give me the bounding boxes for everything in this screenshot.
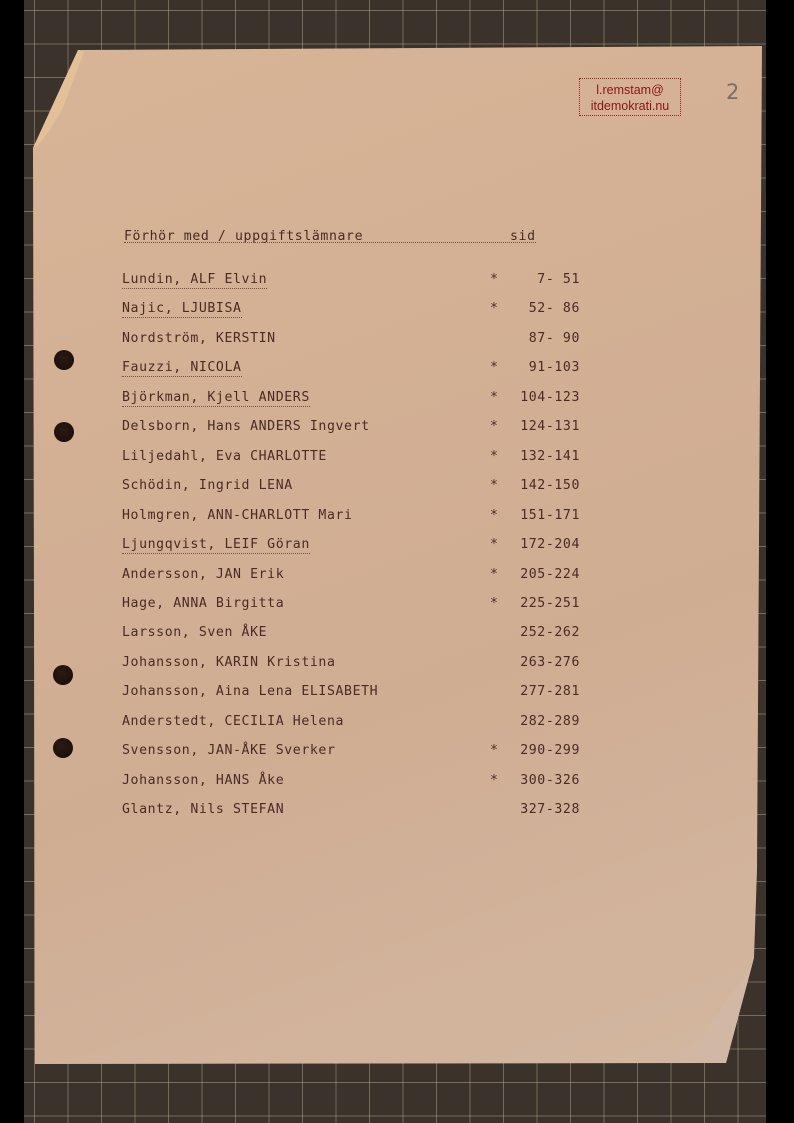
page-range: 225-251 bbox=[500, 596, 580, 611]
list-item: Najic, LJUBISA*52- 86 bbox=[0, 301, 794, 321]
asterisk-marker: * bbox=[490, 449, 499, 464]
page-range: 300-326 bbox=[500, 773, 580, 788]
asterisk-marker: * bbox=[490, 272, 499, 287]
asterisk-marker: * bbox=[490, 478, 499, 493]
person-name: Ljungqvist, LEIF Göran bbox=[122, 537, 310, 554]
page-range: 205-224 bbox=[500, 567, 580, 582]
person-name: Björkman, Kjell ANDERS bbox=[122, 390, 310, 407]
person-name: Delsborn, Hans ANDERS Ingvert bbox=[122, 419, 370, 434]
list-item: Johansson, Aina Lena ELISABETH277-281 bbox=[0, 684, 794, 704]
asterisk-marker: * bbox=[490, 360, 499, 375]
asterisk-marker: * bbox=[490, 596, 499, 611]
list-item: Liljedahl, Eva CHARLOTTE*132-141 bbox=[0, 449, 794, 469]
page-range: 91-103 bbox=[500, 360, 580, 375]
watermark-stamp: l.remstam@ itdemokrati.nu bbox=[579, 78, 681, 116]
page-range: 142-150 bbox=[500, 478, 580, 493]
person-name: Najic, LJUBISA bbox=[122, 301, 242, 318]
person-name: Svensson, JAN-ÅKE Sverker bbox=[122, 743, 336, 758]
asterisk-marker: * bbox=[490, 773, 499, 788]
person-name: Lundin, ALF Elvin bbox=[122, 272, 267, 289]
person-name: Fauzzi, NICOLA bbox=[122, 360, 242, 377]
asterisk-marker: * bbox=[490, 743, 499, 758]
list-item: Delsborn, Hans ANDERS Ingvert*124-131 bbox=[0, 419, 794, 439]
person-name: Liljedahl, Eva CHARLOTTE bbox=[122, 449, 327, 464]
person-name: Anderstedt, CECILIA Helena bbox=[122, 714, 344, 729]
list-item: Andersson, JAN Erik*205-224 bbox=[0, 567, 794, 587]
list-item: Lundin, ALF Elvin* 7- 51 bbox=[0, 272, 794, 292]
person-name: Andersson, JAN Erik bbox=[122, 567, 284, 582]
list-item: Schödin, Ingrid LENA*142-150 bbox=[0, 478, 794, 498]
list-item: Holmgren, ANN-CHARLOTT Mari*151-171 bbox=[0, 508, 794, 528]
person-name: Holmgren, ANN-CHARLOTT Mari bbox=[122, 508, 353, 523]
list-item: Larsson, Sven ÅKE252-262 bbox=[0, 625, 794, 645]
list-item: Nordström, KERSTIN87- 90 bbox=[0, 331, 794, 351]
page-range: 132-141 bbox=[500, 449, 580, 464]
page-range: 263-276 bbox=[500, 655, 580, 670]
asterisk-marker: * bbox=[490, 567, 499, 582]
stamp-line-2: itdemokrati.nu bbox=[580, 98, 680, 114]
page-range: 104-123 bbox=[500, 390, 580, 405]
asterisk-marker: * bbox=[490, 419, 499, 434]
pages-column-heading: sid bbox=[510, 229, 536, 244]
person-name: Larsson, Sven ÅKE bbox=[122, 625, 267, 640]
asterisk-marker: * bbox=[490, 508, 499, 523]
list-item: Svensson, JAN-ÅKE Sverker*290-299 bbox=[0, 743, 794, 763]
list-item: Glantz, Nils STEFAN327-328 bbox=[0, 802, 794, 822]
person-name: Schödin, Ingrid LENA bbox=[122, 478, 293, 493]
page-range: 290-299 bbox=[500, 743, 580, 758]
page-range: 52- 86 bbox=[500, 301, 580, 316]
page-range: 282-289 bbox=[500, 714, 580, 729]
list-item: Johansson, KARIN Kristina263-276 bbox=[0, 655, 794, 675]
list-item: Hage, ANNA Birgitta*225-251 bbox=[0, 596, 794, 616]
person-name: Johansson, HANS Åke bbox=[122, 773, 284, 788]
stamp-line-1: l.remstam@ bbox=[580, 82, 680, 98]
page-range: 151-171 bbox=[500, 508, 580, 523]
paper-sheet bbox=[0, 0, 794, 1123]
heading-underline bbox=[124, 242, 536, 243]
asterisk-marker: * bbox=[490, 537, 499, 552]
page-number: 2 bbox=[726, 80, 739, 104]
page-range: 252-262 bbox=[500, 625, 580, 640]
page-range: 327-328 bbox=[500, 802, 580, 817]
page-range: 172-204 bbox=[500, 537, 580, 552]
page-range: 124-131 bbox=[500, 419, 580, 434]
page-range: 87- 90 bbox=[500, 331, 580, 346]
list-item: Anderstedt, CECILIA Helena282-289 bbox=[0, 714, 794, 734]
list-item: Fauzzi, NICOLA*91-103 bbox=[0, 360, 794, 380]
person-name: Johansson, KARIN Kristina bbox=[122, 655, 336, 670]
list-item: Ljungqvist, LEIF Göran*172-204 bbox=[0, 537, 794, 557]
person-name: Hage, ANNA Birgitta bbox=[122, 596, 284, 611]
person-name: Johansson, Aina Lena ELISABETH bbox=[122, 684, 378, 699]
list-item: Björkman, Kjell ANDERS*104-123 bbox=[0, 390, 794, 410]
person-name: Glantz, Nils STEFAN bbox=[122, 802, 284, 817]
page-range: 7- 51 bbox=[500, 272, 580, 287]
list-item: Johansson, HANS Åke*300-326 bbox=[0, 773, 794, 793]
page-range: 277-281 bbox=[500, 684, 580, 699]
asterisk-marker: * bbox=[490, 390, 499, 405]
asterisk-marker: * bbox=[490, 301, 499, 316]
person-name: Nordström, KERSTIN bbox=[122, 331, 276, 346]
